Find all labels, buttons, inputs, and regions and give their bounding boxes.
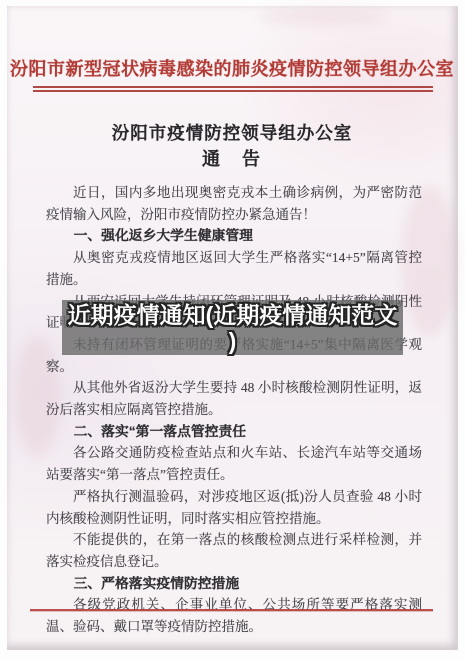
letterhead-title: 汾阳市新型冠状病毒感染的肺炎疫情防控领导组办公室 <box>7 55 457 81</box>
body-paragraph: 从奥密克戎疫情地区返回大学生严格落实“14+5”隔离管控措施。 <box>46 247 422 290</box>
notice-title: 汾阳市疫情防控领导组办公室 <box>7 120 457 145</box>
document-body: 近日，国内多地出现奥密克戎本土确诊病例，为严密防范疫情输入风险，汾阳市疫情防控办… <box>46 182 422 638</box>
body-paragraph: 不能提供的，在第一落点的核酸检测点进行采样检测，并落实检疫信息登记。 <box>46 529 422 572</box>
body-paragraph: 严格执行测温验码，对涉疫地区返(抵)汾人员查验 48 小时内核酸检测阴性证明，同… <box>46 486 422 529</box>
body-paragraph: 近日，国内多地出现奥密克戎本土确诊病例，为严密防范疫情输入风险，汾阳市疫情防控办… <box>46 182 422 225</box>
caption-overlay: 近期疫情通知(近期疫情通知范文 ) <box>62 300 403 355</box>
section-heading: 二、落实“第一落点管控责任 <box>46 421 422 443</box>
notice-subtitle: 通 告 <box>7 145 457 171</box>
section-heading: 三、严格落实疫情防控措施 <box>46 573 422 595</box>
ink-bleed-smudge <box>257 8 387 24</box>
footer-rule <box>30 609 433 611</box>
scanned-notice-photo: 汾阳市新型冠状病毒感染的肺炎疫情防控领导组办公室 汾阳市疫情防控领导组办公室 通… <box>0 0 465 659</box>
section-heading: 一、强化返乡大学生健康管理 <box>46 225 422 247</box>
body-paragraph: 从其他外省返汾大学生要持 48 小时核酸检测阴性证明，返汾后落实相应隔离管控措施… <box>46 377 422 420</box>
letterhead-double-rule <box>33 86 433 92</box>
body-paragraph: 各公路交通防疫检查站点和火车站、长途汽车站等交通场站要落实“第一落点”管控责任。 <box>46 442 422 485</box>
caption-line-2: ) <box>229 328 237 354</box>
caption-line-1: 近期疫情通知(近期疫情通知范文 <box>68 302 398 328</box>
body-paragraph: 各级党政机关、企事业单位、公共场所等要严格落实测温、验码、戴口罩等疫情防控措施。 <box>46 594 422 637</box>
